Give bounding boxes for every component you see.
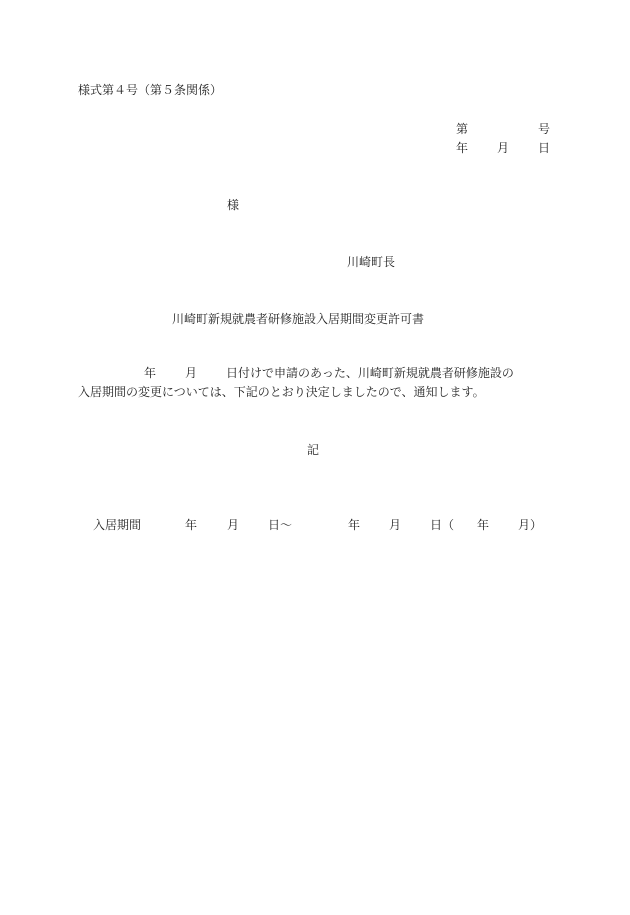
body-month: 月 xyxy=(185,367,197,379)
period-duration-year: 年 xyxy=(477,519,489,531)
period-end-month: 月 xyxy=(389,519,401,531)
date-day: 日 xyxy=(538,142,550,154)
body-line-2: 入居期間の変更については、下記のとおり決定しましたので、通知します。 xyxy=(78,386,485,398)
period-label: 入居期間 xyxy=(93,519,141,531)
issuer: 川崎町長 xyxy=(347,256,395,268)
date-year: 年 xyxy=(456,142,468,154)
body-year: 年 xyxy=(144,367,156,379)
period-start-month: 月 xyxy=(227,519,239,531)
period-row: 入居期間 年 月 日～ 年 月 日（ 年 月） xyxy=(93,519,553,533)
reference-go: 号 xyxy=(538,123,550,135)
body-line-1: 年 月 日付けで申請のあった、川崎町新規就農者研修施設の xyxy=(78,367,558,381)
body-text-1: 日付けで申請のあった、川崎町新規就農者研修施設の xyxy=(226,367,514,379)
period-end-year: 年 xyxy=(348,519,360,531)
reference-dai: 第 xyxy=(456,123,468,135)
period-start-year: 年 xyxy=(185,519,197,531)
document-title: 川崎町新規就農者研修施設入居期間変更許可書 xyxy=(172,313,424,325)
period-end-day: 日（ xyxy=(430,519,454,531)
period-start-day: 日～ xyxy=(268,519,292,531)
recipient-suffix: 様 xyxy=(227,199,239,211)
ki-heading: 記 xyxy=(307,444,319,456)
period-duration-month: 月） xyxy=(518,519,542,531)
form-number: 様式第４号（第５条関係） xyxy=(78,84,222,96)
date-month: 月 xyxy=(497,142,509,154)
